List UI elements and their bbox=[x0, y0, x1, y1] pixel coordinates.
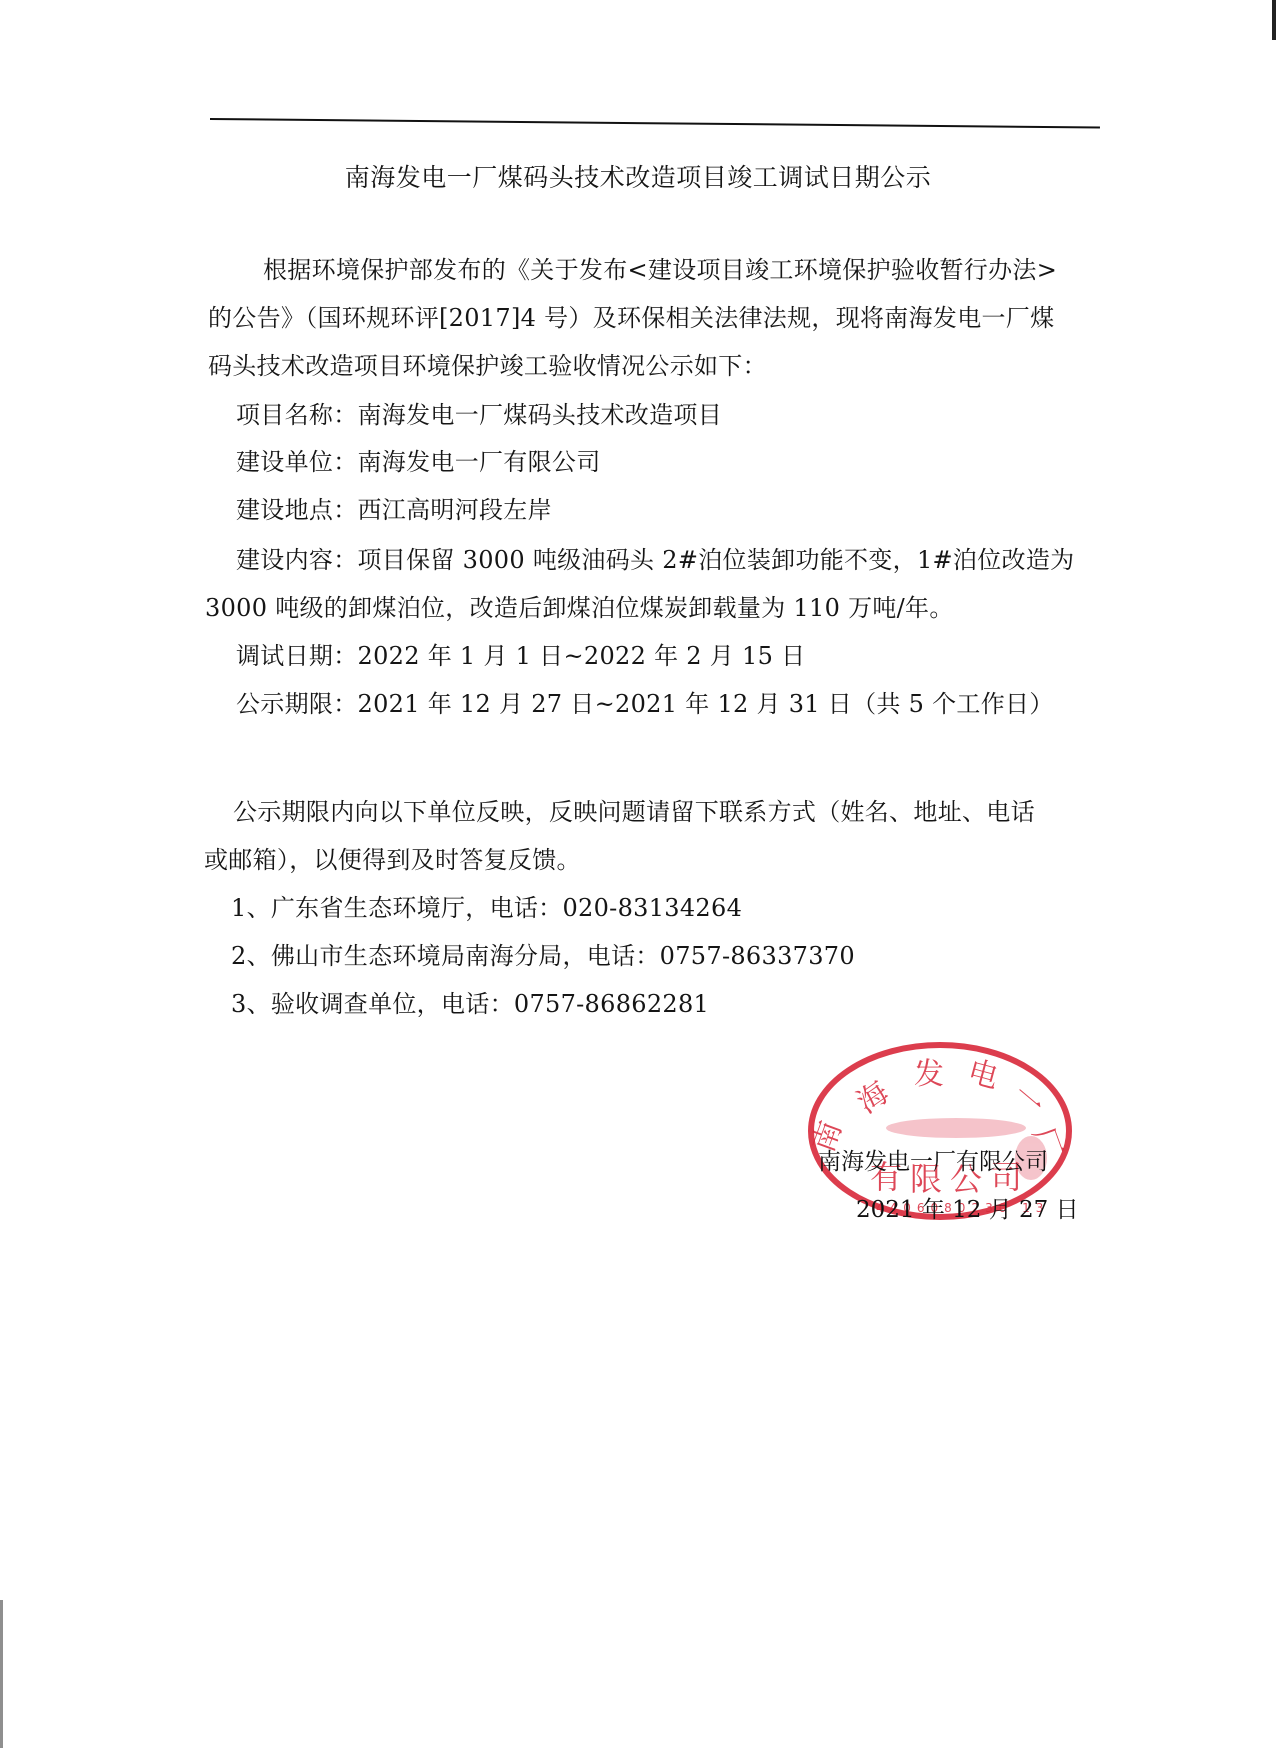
field-label: 项目名称： bbox=[236, 401, 358, 429]
document-title: 南海发电一厂煤码头技术改造项目竣工调试日期公示 bbox=[0, 158, 1276, 194]
field-label: 调试日期： bbox=[236, 642, 358, 670]
intro-line: 根据环境保护部发布的《关于发布<建设项目竣工环境保护验收暂行办法> bbox=[263, 255, 1057, 285]
field-notice-period: 公示期限：2021 年 12 月 27 日~2021 年 12 月 31 日（共… bbox=[236, 689, 1054, 719]
field-content-continuation: 3000 吨级的卸煤泊位，改造后卸煤泊位煤炭卸载量为 110 万吨/年。 bbox=[205, 593, 954, 623]
field-content: 建设内容：项目保留 3000 吨级油码头 2#泊位装卸功能不变，1#泊位改造为 bbox=[236, 545, 1074, 575]
field-value: 2022 年 1 月 1 日~2022 年 2 月 15 日 bbox=[358, 642, 806, 670]
svg-text:海: 海 bbox=[851, 1075, 896, 1121]
field-value: 2021 年 12 月 27 日~2021 年 12 月 31 日（共 5 个工… bbox=[358, 690, 1054, 718]
field-value: 南海发电一厂煤码头技术改造项目 bbox=[358, 401, 723, 429]
feedback-line: 或邮箱），以便得到及时答复反馈。 bbox=[204, 845, 581, 875]
field-label: 建设地点： bbox=[236, 496, 358, 524]
contact-item: 3、验收调查单位，电话：0757-86862281 bbox=[231, 989, 709, 1019]
field-label: 建设内容： bbox=[236, 546, 358, 574]
scan-edge bbox=[1272, 0, 1276, 40]
contact-item: 1、广东省生态环境厅，电话：020-83134264 bbox=[231, 893, 742, 923]
field-value: 西江高明河段左岸 bbox=[358, 496, 552, 524]
intro-line: 的公告》（国环规环评[2017]4 号）及环保相关法律法规，现将南海发电一厂煤 bbox=[208, 303, 1054, 333]
field-label: 建设单位： bbox=[236, 448, 358, 476]
field-label: 公示期限： bbox=[236, 690, 358, 718]
svg-text:电: 电 bbox=[964, 1054, 1002, 1096]
svg-text:一: 一 bbox=[1005, 1077, 1050, 1123]
intro-line: 码头技术改造项目环境保护竣工验收情况公示如下： bbox=[208, 351, 767, 381]
feedback-line: 公示期限内向以下单位反映，反映问题请留下联系方式（姓名、地址、电话 bbox=[233, 797, 1035, 827]
field-project-name: 项目名称：南海发电一厂煤码头技术改造项目 bbox=[236, 400, 722, 430]
header-rule bbox=[210, 118, 1100, 129]
field-test-date: 调试日期：2022 年 1 月 1 日~2022 年 2 月 15 日 bbox=[236, 641, 805, 671]
signature-company: 南海发电一厂有限公司 bbox=[818, 1143, 1048, 1176]
svg-text:发: 发 bbox=[914, 1057, 944, 1092]
signature-date: 2021 年 12 月 27 日 bbox=[856, 1191, 1079, 1224]
field-builder: 建设单位：南海发电一厂有限公司 bbox=[236, 447, 601, 477]
field-value: 南海发电一厂有限公司 bbox=[358, 448, 601, 476]
contact-item: 2、佛山市生态环境局南海分局，电话：0757-86337370 bbox=[231, 941, 855, 971]
field-value: 项目保留 3000 吨级油码头 2#泊位装卸功能不变，1#泊位改造为 bbox=[358, 546, 1075, 574]
scan-edge bbox=[0, 1600, 3, 1748]
field-location: 建设地点：西江高明河段左岸 bbox=[236, 495, 552, 525]
